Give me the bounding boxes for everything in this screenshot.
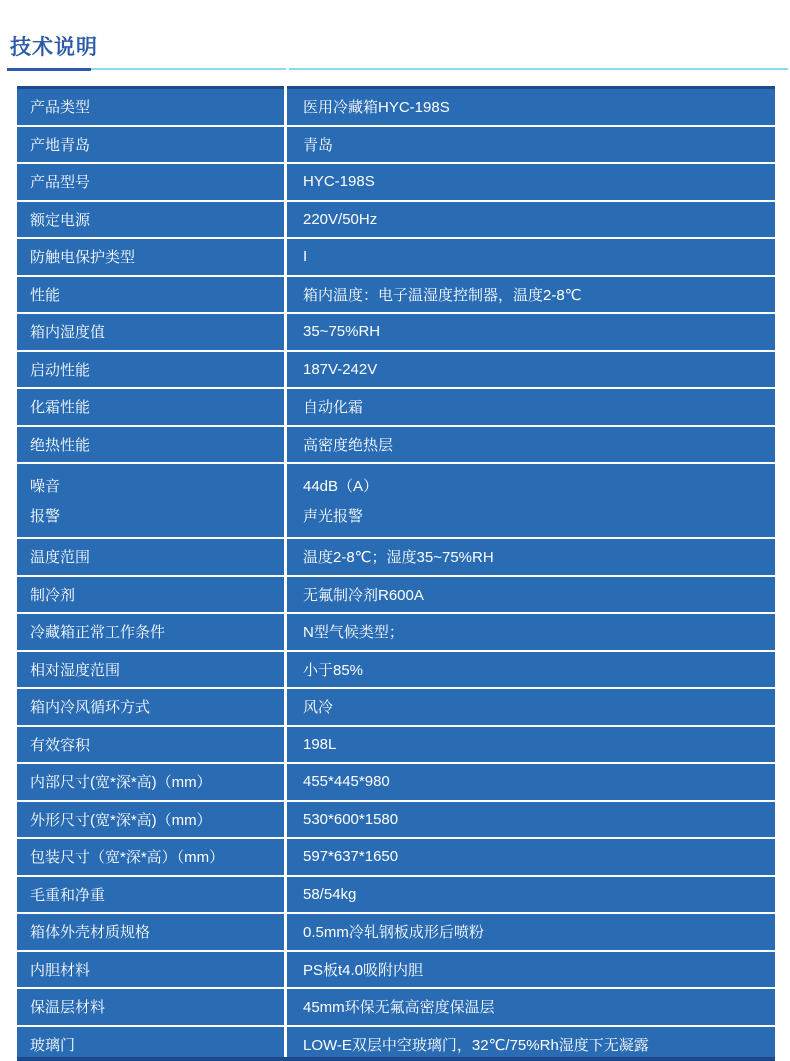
spec-label: 保温层材料: [30, 996, 105, 1017]
spec-value-cell: 35~75%RH: [287, 314, 775, 350]
spec-label: 内胆材料: [30, 959, 90, 980]
spec-label: 产品型号: [30, 171, 90, 192]
table-row: 绝热性能 高密度绝热层: [17, 427, 775, 463]
title-underline-right-segment: [289, 68, 788, 70]
spec-value: 小于85%: [303, 659, 363, 680]
spec-value: 无氟制冷剂R600A: [303, 584, 424, 605]
spec-rows: 产品类型 医用冷藏箱HYC-198S 产地青岛 青岛 产品型号 HYC-198S…: [17, 89, 775, 1061]
spec-value-cell: 597*637*1650: [287, 839, 775, 875]
spec-label-cell: 内胆材料: [17, 952, 284, 988]
spec-label: 防触电保护类型: [30, 246, 135, 267]
spec-value-cell: N型气候类型；: [287, 614, 775, 650]
title-underline-accent: [7, 68, 91, 71]
spec-label: 产地青岛: [30, 134, 90, 155]
spec-value: HYC-198S: [303, 173, 375, 190]
spec-value-cell: 小于85%: [287, 652, 775, 688]
table-row: 性能 箱内温度：电子温湿度控制器，温度2-8℃: [17, 277, 775, 313]
spec-label-cell: 产品类型: [17, 89, 284, 125]
spec-value: I: [303, 248, 307, 265]
spec-value-cell: 温度2-8℃；湿度35~75%RH: [287, 539, 775, 575]
spec-value: 箱内温度：电子温湿度控制器，温度2-8℃: [303, 284, 582, 305]
spec-label-cell: 玻璃门: [17, 1027, 284, 1061]
spec-label-cell: 毛重和净重: [17, 877, 284, 913]
table-row: 产品类型 医用冷藏箱HYC-198S: [17, 89, 775, 125]
spec-label: 制冷剂: [30, 584, 75, 605]
spec-label-cell: 防触电保护类型: [17, 239, 284, 275]
spec-label-cell: 内部尺寸(宽*深*高)（mm）: [17, 764, 284, 800]
spec-label-cell: 箱内湿度值: [17, 314, 284, 350]
table-row: 有效容积 198L: [17, 727, 775, 763]
spec-label-cell: 箱体外壳材质规格: [17, 914, 284, 950]
spec-label-cell: 温度范围: [17, 539, 284, 575]
spec-label-cell: 启动性能: [17, 352, 284, 388]
page-title: 技术说明: [10, 31, 98, 61]
table-row: 箱内冷风循环方式 风冷: [17, 689, 775, 725]
table-row: 冷藏箱正常工作条件 N型气候类型；: [17, 614, 775, 650]
spec-label: 玻璃门: [30, 1034, 75, 1055]
spec-label-cell: 冷藏箱正常工作条件: [17, 614, 284, 650]
spec-label-cell: 保温层材料: [17, 989, 284, 1025]
spec-label: 噪音: [30, 475, 60, 496]
spec-value: 风冷: [303, 696, 333, 717]
spec-value: 医用冷藏箱HYC-198S: [303, 96, 450, 117]
spec-value-cell: 220V/50Hz: [287, 202, 775, 238]
spec-value: 35~75%RH: [303, 323, 380, 340]
spec-value-cell: 45mm环保无氟高密度保温层: [287, 989, 775, 1025]
spec-label-cell: 外形尺寸(宽*深*高)（mm）: [17, 802, 284, 838]
spec-value: 自动化霜: [303, 396, 363, 417]
table-row: 毛重和净重 58/54kg: [17, 877, 775, 913]
spec-value: N型气候类型；: [303, 621, 404, 642]
table-row: 箱内湿度值 35~75%RH: [17, 314, 775, 350]
spec-value: PS板t4.0吸附内胆: [303, 959, 423, 980]
spec-value-cell: 无氟制冷剂R600A: [287, 577, 775, 613]
table-row: 化霜性能 自动化霜: [17, 389, 775, 425]
spec-label: 外形尺寸(宽*深*高)（mm）: [30, 809, 212, 830]
spec-label-cell: 包装尺寸（宽*深*高）（mm）: [17, 839, 284, 875]
spec-value-cell: 198L: [287, 727, 775, 763]
spec-value: 58/54kg: [303, 886, 356, 903]
spec-value: 198L: [303, 736, 336, 753]
spec-label-cell: 有效容积: [17, 727, 284, 763]
table-row: 内部尺寸(宽*深*高)（mm） 455*445*980: [17, 764, 775, 800]
table-row: 防触电保护类型 I: [17, 239, 775, 275]
spec-label-cell: 制冷剂: [17, 577, 284, 613]
spec-label-cell: 相对湿度范围: [17, 652, 284, 688]
table-row: 启动性能 187V-242V: [17, 352, 775, 388]
spec-value-cell: 医用冷藏箱HYC-198S: [287, 89, 775, 125]
table-row: 包装尺寸（宽*深*高）（mm） 597*637*1650: [17, 839, 775, 875]
title-underline-left-segment: [91, 68, 286, 70]
spec-value-cell: LOW-E双层中空玻璃门，32℃/75%Rh湿度下无凝露: [287, 1027, 775, 1061]
spec-value: 声光报警: [303, 505, 363, 526]
spec-label: 箱体外壳材质规格: [30, 921, 150, 942]
spec-label: 内部尺寸(宽*深*高)（mm）: [30, 771, 212, 792]
spec-label: 性能: [30, 284, 60, 305]
spec-label-cell: 产地青岛: [17, 127, 284, 163]
spec-value-cell: 187V-242V: [287, 352, 775, 388]
spec-value: 0.5mm冷轧钢板成形后喷粉: [303, 921, 484, 942]
spec-value-cell: PS板t4.0吸附内胆: [287, 952, 775, 988]
spec-value: LOW-E双层中空玻璃门，32℃/75%Rh湿度下无凝露: [303, 1034, 649, 1055]
table-bottom-border: [17, 1057, 775, 1061]
spec-value: 青岛: [303, 134, 333, 155]
spec-label: 额定电源: [30, 209, 90, 230]
table-row: 产地青岛 青岛: [17, 127, 775, 163]
spec-label: 有效容积: [30, 734, 90, 755]
table-row: 温度范围 温度2-8℃；湿度35~75%RH: [17, 539, 775, 575]
spec-label: 相对湿度范围: [30, 659, 120, 680]
spec-value-cell: 自动化霜: [287, 389, 775, 425]
table-row: 额定电源 220V/50Hz: [17, 202, 775, 238]
spec-label: 绝热性能: [30, 434, 90, 455]
spec-label-cell: 绝热性能: [17, 427, 284, 463]
spec-value-cell: 青岛: [287, 127, 775, 163]
spec-value-cell: 箱内温度：电子温湿度控制器，温度2-8℃: [287, 277, 775, 313]
spec-value: 45mm环保无氟高密度保温层: [303, 996, 495, 1017]
spec-value-cell: 58/54kg: [287, 877, 775, 913]
spec-value: 597*637*1650: [303, 848, 398, 865]
table-row: 内胆材料 PS板t4.0吸附内胆: [17, 952, 775, 988]
spec-table: 产品类型 医用冷藏箱HYC-198S 产地青岛 青岛 产品型号 HYC-198S…: [17, 86, 775, 1061]
table-row: 相对湿度范围 小于85%: [17, 652, 775, 688]
spec-value-cell: 44dB（A） 声光报警: [287, 464, 775, 537]
spec-value: 220V/50Hz: [303, 211, 377, 228]
spec-label: 启动性能: [30, 359, 90, 380]
spec-value: 530*600*1580: [303, 811, 398, 828]
spec-label-cell: 噪音 报警: [17, 464, 284, 537]
table-row: 外形尺寸(宽*深*高)（mm） 530*600*1580: [17, 802, 775, 838]
spec-value-cell: HYC-198S: [287, 164, 775, 200]
table-row: 产品型号 HYC-198S: [17, 164, 775, 200]
spec-label: 毛重和净重: [30, 884, 105, 905]
spec-label-cell: 性能: [17, 277, 284, 313]
spec-value-cell: 455*445*980: [287, 764, 775, 800]
spec-label-cell: 额定电源: [17, 202, 284, 238]
spec-value-cell: 风冷: [287, 689, 775, 725]
spec-value-cell: 530*600*1580: [287, 802, 775, 838]
table-row-merged: 噪音 报警 44dB（A） 声光报警: [17, 464, 775, 537]
spec-label: 报警: [30, 505, 60, 526]
spec-value: 44dB（A）: [303, 475, 378, 496]
table-row: 箱体外壳材质规格 0.5mm冷轧钢板成形后喷粉: [17, 914, 775, 950]
spec-value-cell: I: [287, 239, 775, 275]
spec-label: 冷藏箱正常工作条件: [30, 621, 165, 642]
spec-value: 高密度绝热层: [303, 434, 393, 455]
spec-value-cell: 0.5mm冷轧钢板成形后喷粉: [287, 914, 775, 950]
spec-label: 产品类型: [30, 96, 90, 117]
table-row: 保温层材料 45mm环保无氟高密度保温层: [17, 989, 775, 1025]
spec-label-cell: 化霜性能: [17, 389, 284, 425]
spec-label: 箱内冷风循环方式: [30, 696, 150, 717]
spec-label: 化霜性能: [30, 396, 90, 417]
spec-label-cell: 产品型号: [17, 164, 284, 200]
spec-label: 包装尺寸（宽*深*高）（mm）: [30, 846, 224, 867]
spec-value: 455*445*980: [303, 773, 390, 790]
spec-label-cell: 箱内冷风循环方式: [17, 689, 284, 725]
table-row: 玻璃门 LOW-E双层中空玻璃门，32℃/75%Rh湿度下无凝露: [17, 1027, 775, 1061]
spec-label: 温度范围: [30, 546, 90, 567]
spec-label: 箱内湿度值: [30, 321, 105, 342]
spec-value-cell: 高密度绝热层: [287, 427, 775, 463]
page: 技术说明 产品类型 医用冷藏箱HYC-198S 产地青岛 青岛 产品型号 HYC…: [0, 0, 790, 1061]
spec-value: 温度2-8℃；湿度35~75%RH: [303, 546, 494, 567]
spec-value: 187V-242V: [303, 361, 377, 378]
table-row: 制冷剂 无氟制冷剂R600A: [17, 577, 775, 613]
